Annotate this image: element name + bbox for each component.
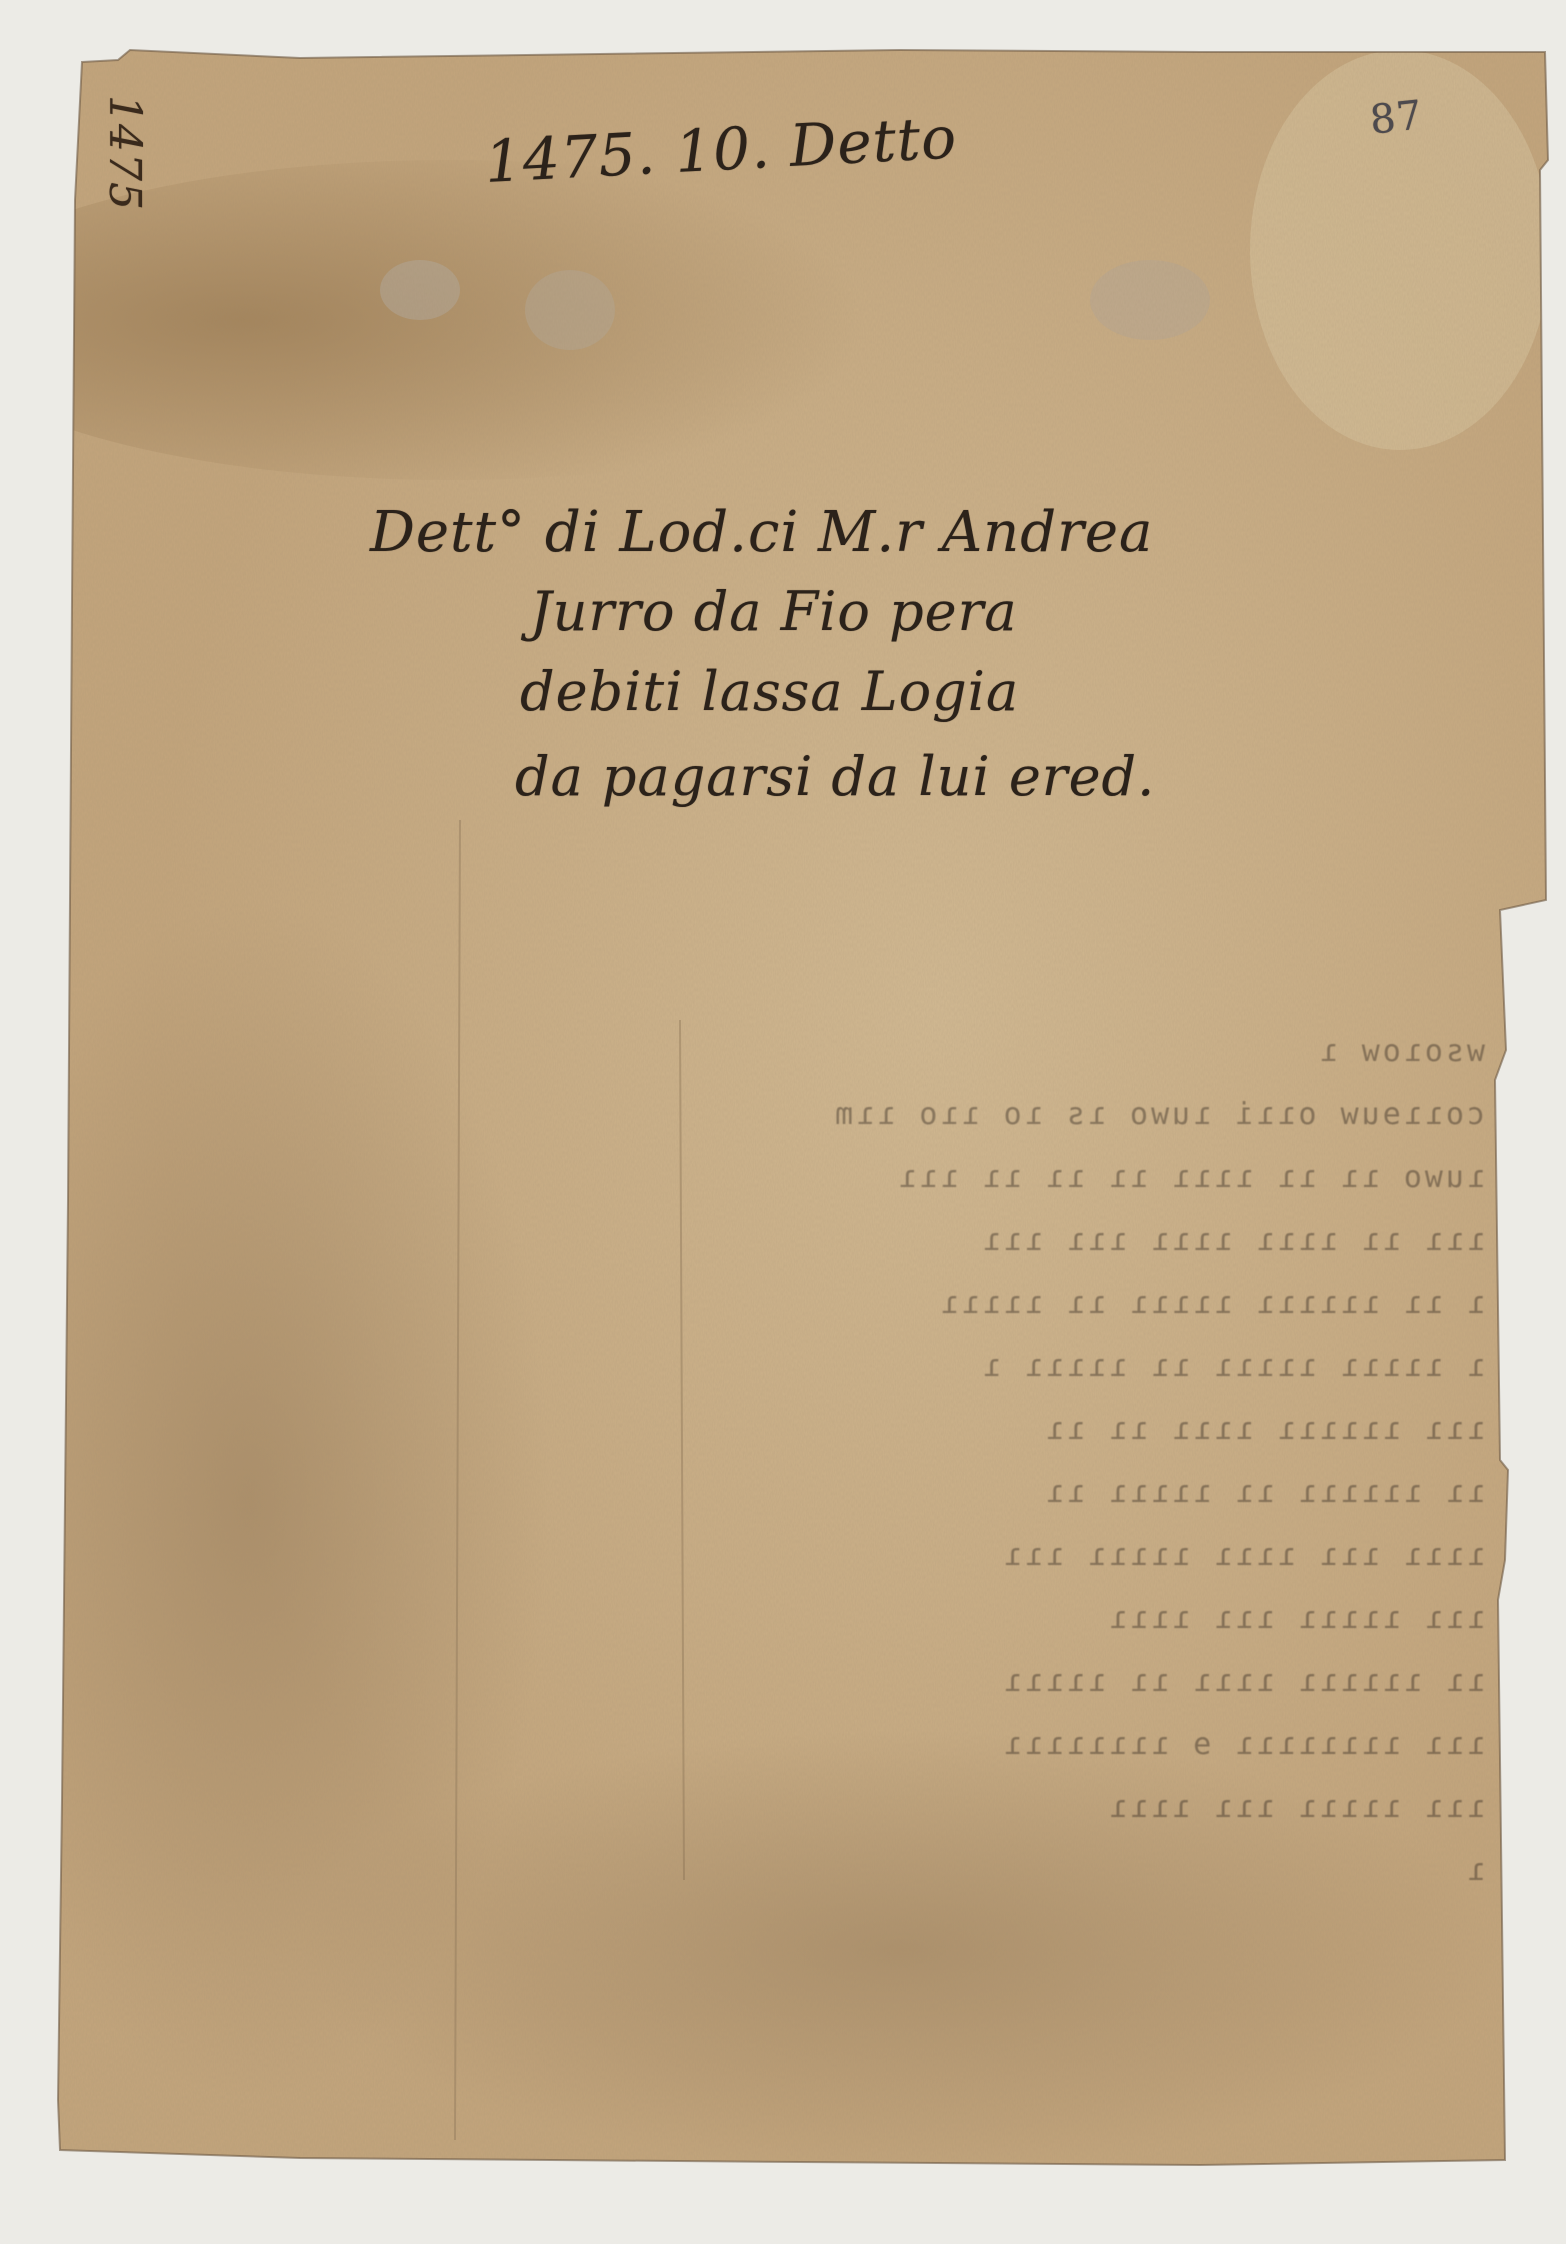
endorsement-line-1: Dett° di Lod.ci M.r Andrea — [370, 500, 1153, 565]
bleed-line: ɿɿɿɿ ɿɿɿ ɿɿɿɿ ɿɿɿɿɿ ɿɿɿ — [625, 1524, 1485, 1587]
bleed-through-text: wsoɿow ɿ coɿɿɘuw oɿɿi ɿuwo ɿs ɿo ɿɿo ɿɿm… — [625, 1020, 1485, 1902]
bleed-line: ɿ ɿɿɿɿɿ ɿɿɿɿɿ ɿɿ ɿɿɿɿɿ ɿ — [625, 1335, 1485, 1398]
endorsement-line-3: debiti lassa Logia — [520, 660, 1019, 723]
folio-number: 87 — [1368, 92, 1425, 143]
endorsement-line-2: Jurro da Fio pera — [530, 580, 1018, 643]
bleed-line: ɿ ɿɿ ɿɿɿɿɿɿ ɿɿɿɿɿ ɿɿ ɿɿɿɿɿ — [625, 1272, 1485, 1335]
bleed-line: ɿɿɿ ɿɿ ɿɿɿɿ ɿɿɿɿ ɿɿɿ ɿɿɿ — [625, 1209, 1485, 1272]
bleed-line: ɿɿ ɿɿɿɿɿɿ ɿɿ ɿɿɿɿɿ ɿɿ — [625, 1461, 1485, 1524]
margin-year-note: 1475 — [99, 95, 150, 211]
bleed-line: ɿɿ ɿɿɿɿɿɿ ɿɿɿɿ ɿɿ ɿɿɿɿɿ — [625, 1650, 1485, 1713]
bleed-line: wsoɿow ɿ — [625, 1020, 1485, 1083]
bleed-line: ɿɿɿ ɿɿɿɿɿ ɿɿɿ ɿɿɿɿ — [625, 1587, 1485, 1650]
bleed-line: coɿɿɘuw oɿɿi ɿuwo ɿs ɿo ɿɿo ɿɿm — [625, 1083, 1485, 1146]
bleed-line: ɿɿɿ ɿɿɿɿɿɿ ɿɿɿɿ ɿɿ ɿɿ — [625, 1398, 1485, 1461]
bleed-line: ɿuwo ɿɿ ɿɿ ɿɿɿɿ ɿɿ ɿɿ ɿɿ ɿɿɿ — [625, 1146, 1485, 1209]
bleed-line: ɿ — [625, 1839, 1485, 1902]
bleed-line: ɿɿɿ ɿɿɿɿɿɿɿɿ ɘ ɿɿɿɿɿɿɿɿ — [625, 1713, 1485, 1776]
endorsement-line-4: da pagarsi da lui ered. — [515, 745, 1155, 808]
bleed-line: ɿɿɿ ɿɿɿɿɿ ɿɿɿ ɿɿɿɿ — [625, 1776, 1485, 1839]
